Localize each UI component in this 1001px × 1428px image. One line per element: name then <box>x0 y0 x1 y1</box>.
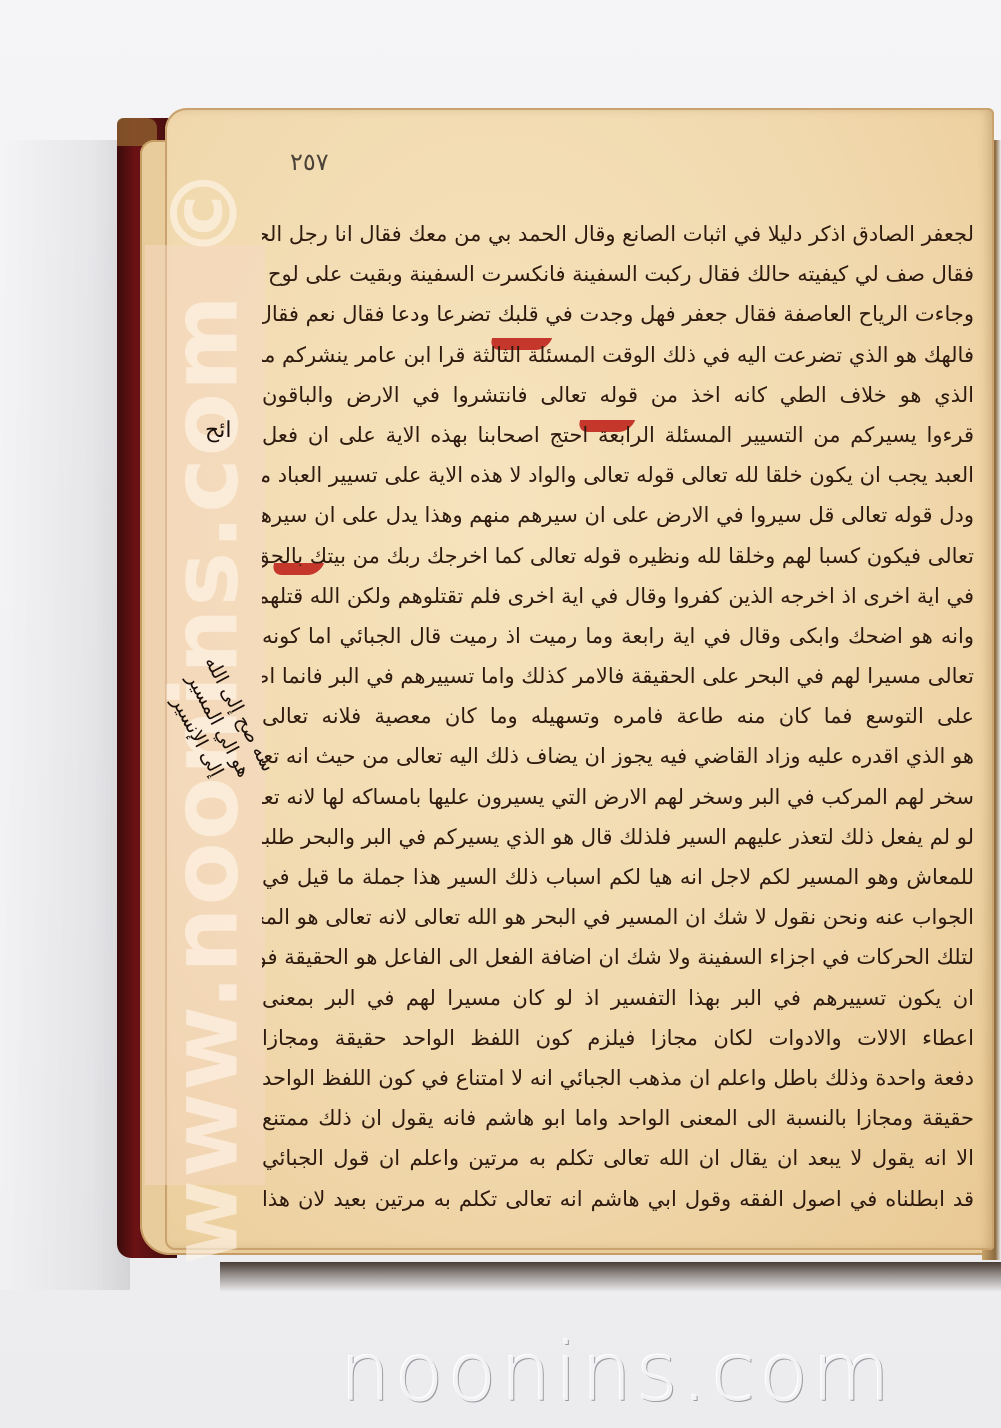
text-line: دفعة واحدة وذلك باطل واعلم ان مذهب الجبا… <box>262 1058 974 1098</box>
text-line: لو لم يفعل ذلك لتعذر عليهم السير فلذلك ق… <box>262 817 974 857</box>
text-line: هو الذي اقدره عليه وزاد القاضي فيه يجوز … <box>262 736 974 776</box>
text-line: الا انه يقول لا يبعد ان يقال ان الله تعا… <box>262 1138 974 1178</box>
background-shadow <box>0 140 130 1290</box>
text-line: في اية اخرى اذ اخرجه الذين كفروا وقال في… <box>262 576 974 616</box>
text-line: لجعفر الصادق اذكر دليلا في اثبات الصانع … <box>262 214 974 254</box>
text-line: سخر لهم المركب في البر وسخر لهم الارض ال… <box>262 777 974 817</box>
bottom-watermark: noonins.com <box>340 1326 894 1419</box>
text-line: حقيقة ومجازا بالنسبة الى المعنى الواحد و… <box>262 1098 974 1138</box>
manuscript-text: لجعفر الصادق اذكر دليلا في اثبات الصانع … <box>262 214 974 1219</box>
text-line: فقال صف لي كيفيته حالك فقال ركبت السفينة… <box>262 254 974 294</box>
text-line: اعطاء الالات والادوات لكان مجازا فيلزم ك… <box>262 1018 974 1058</box>
folio-number: ٢٥٧ <box>290 148 329 176</box>
text-line: لتلك الحركات في اجزاء السفينة ولا شك ان … <box>262 937 974 977</box>
text-line: العبد يجب ان يكون خلقا لله تعالى قوله تع… <box>262 455 974 495</box>
text-line: تعالى فيكون كسبا لهم وخلقا لله ونظيره قو… <box>262 536 974 576</box>
text-line: وانه هو اضحك وابكى وقال في اية رابعة وما… <box>262 616 974 656</box>
text-line: الذي هو خلاف الطي كانه اخذ من قوله تعالى… <box>262 375 974 415</box>
text-line: وجاءت الرياح العاصفة فقال جعفر فهل وجدت … <box>262 294 974 334</box>
text-line: للمعاش وهو المسير لكم لاجل انه هيا لكم ا… <box>262 857 974 897</box>
text-line: تعالى مسيرا لهم في البحر على الحقيقة فال… <box>262 656 974 696</box>
margin-note-correction: ائح <box>205 418 231 443</box>
text-line: فالهك هو الذي تضرعت اليه في ذلك الوقت ال… <box>262 335 974 375</box>
text-line: قرءوا يسيركم من التسيير المسئلة الرابعة … <box>262 415 974 455</box>
text-line: قد ابطلناه في اصول الفقه وقول ابي هاشم ا… <box>262 1179 974 1219</box>
text-line: ان يكون تسييرهم في البر بهذا التفسير اذ … <box>262 978 974 1018</box>
text-line: على التوسع فما كان منه طاعة فامره وتسهيل… <box>262 696 974 736</box>
text-line: الجواب عنه ونحن نقول لا شك ان المسير في … <box>262 897 974 937</box>
text-line: ودل قوله تعالى قل سيروا في الارض على ان … <box>262 495 974 535</box>
page-shadow <box>220 1262 1001 1292</box>
